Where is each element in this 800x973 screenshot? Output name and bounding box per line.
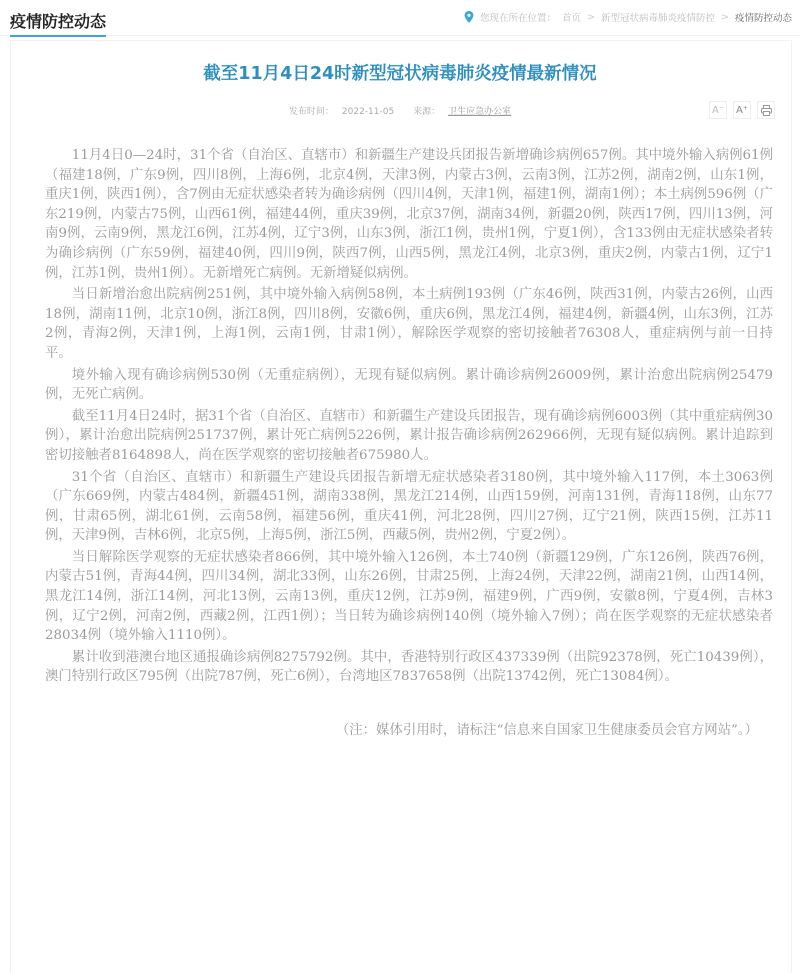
paragraph-hk-macao-taiwan: 累计收到港澳台地区通报确诊病例8275792例。其中，香港特别行政区437339… [45, 648, 773, 687]
paragraph-asymptomatic-new: 31个省（自治区、直辖市）和新疆生产建设兵团报告新增无症状感染者3180例，其中… [45, 468, 773, 546]
location-pin-icon [464, 11, 474, 23]
font-smaller-icon: A⁻ [712, 105, 724, 116]
breadcrumb: 您现在所在位置： 首页 > 新型冠状病毒肺炎疫情防控 > 疫情防控动态 [464, 10, 792, 24]
font-smaller-button[interactable]: A⁻ [709, 101, 727, 119]
breadcrumb-separator: > [587, 12, 595, 23]
breadcrumb-separator: > [721, 12, 729, 23]
paragraph-new-confirmed: 11月4日0—24时，31个省（自治区、直辖市）和新疆生产建设兵团报告新增确诊病… [45, 146, 773, 283]
print-button[interactable] [757, 101, 775, 119]
font-larger-icon: A⁺ [736, 105, 748, 116]
article-title: 截至11月4日24时新型冠状病毒肺炎疫情最新情况 [0, 60, 800, 85]
breadcrumb-home[interactable]: 首页 [562, 10, 581, 24]
font-larger-button[interactable]: A⁺ [733, 101, 751, 119]
source-label: 来源： [413, 107, 440, 117]
publish-info: 发布时间：2022-11-05 [285, 107, 398, 117]
breadcrumb-covid-control[interactable]: 新型冠状病毒肺炎疫情防控 [601, 10, 715, 24]
breadcrumb-current[interactable]: 疫情防控动态 [735, 10, 792, 24]
media-citation-note: （注：媒体引用时，请标注“信息来自国家卫生健康委员会官方网站”。） [45, 721, 773, 741]
breadcrumb-prefix: 您现在所在位置： [480, 10, 556, 24]
publish-label: 发布时间： [289, 107, 334, 117]
article-body: 11月4日0—24时，31个省（自治区、直辖市）和新疆生产建设兵团报告新增确诊病… [45, 146, 773, 743]
article-tools: A⁻ A⁺ [709, 101, 775, 119]
paragraph-imported: 境外输入现有确诊病例530例（无重症病例），无现有疑似病例。累计确诊病例2600… [45, 366, 773, 405]
paragraph-asymptomatic-released: 当日解除医学观察的无症状感染者866例，其中境外输入126例，本土740例（新疆… [45, 548, 773, 646]
source-link[interactable]: 卫生应急办公室 [448, 107, 511, 117]
article-meta: 发布时间：2022-11-05 来源：卫生应急办公室 [0, 104, 800, 117]
source-info: 来源：卫生应急办公室 [409, 107, 515, 117]
section-title: 疫情防控动态 [10, 9, 106, 37]
top-bar: 疫情防控动态 您现在所在位置： 首页 > 新型冠状病毒肺炎疫情防控 > 疫情防控… [0, 0, 800, 36]
publish-date: 2022-11-05 [342, 107, 394, 117]
paragraph-recovered: 当日新增治愈出院病例251例，其中境外输入病例58例，本土病例193例（广东46… [45, 285, 773, 363]
print-icon [761, 105, 772, 116]
paragraph-cumulative: 截至11月4日24时，据31个省（自治区、直辖市）和新疆生产建设兵团报告，现有确… [45, 407, 773, 466]
